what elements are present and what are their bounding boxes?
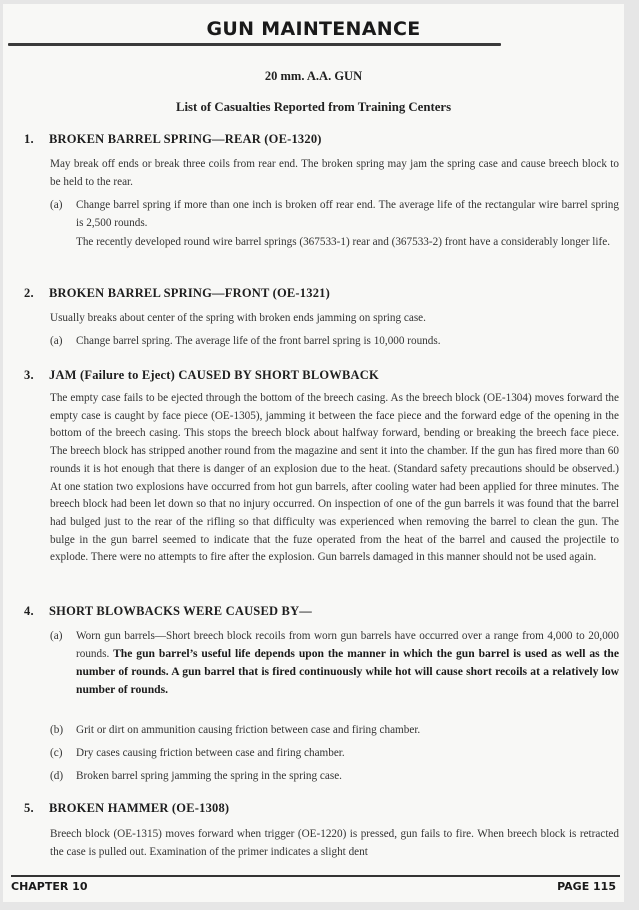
item-label: (a) <box>50 332 62 350</box>
section-1-item-a: (a) Change barrel spring if more than on… <box>50 196 619 232</box>
section-4-item-d: (d) Broken barrel spring jamming the spr… <box>50 767 619 785</box>
section-5-body: Breech block (OE-1315) moves forward whe… <box>50 825 619 861</box>
section-1-note: The recently developed round wire barrel… <box>50 233 619 251</box>
section-title: BROKEN HAMMER (OE-1308) <box>49 801 229 815</box>
chapter-label: CHAPTER 10 <box>11 880 87 893</box>
section-4-heading: 4.SHORT BLOWBACKS WERE CAUSED BY— <box>24 604 312 619</box>
item-label: (b) <box>50 721 63 739</box>
item-label: (a) <box>50 196 62 214</box>
item-text: Change barrel spring. The average life o… <box>76 332 619 350</box>
item-label: (a) <box>50 628 62 645</box>
section-number: 2. <box>24 286 49 301</box>
section-number: 3. <box>24 368 49 383</box>
header-rule <box>8 43 501 46</box>
section-number: 1. <box>24 132 49 147</box>
section-title: JAM (Failure to Eject) CAUSED BY SHORT B… <box>49 368 379 382</box>
item-label: (c) <box>50 744 62 762</box>
section-1-intro: May break off ends or break three coils … <box>50 155 619 191</box>
item-text: Grit or dirt on ammunition causing frict… <box>76 721 619 739</box>
section-title: SHORT BLOWBACKS WERE CAUSED BY— <box>49 604 312 618</box>
section-2-intro: Usually breaks about center of the sprin… <box>50 309 619 327</box>
section-2-heading: 2.BROKEN BARREL SPRING—FRONT (OE-1321) <box>24 286 330 301</box>
section-3-heading: 3.JAM (Failure to Eject) CAUSED BY SHORT… <box>24 368 379 383</box>
section-4-item-c: (c) Dry cases causing friction between c… <box>50 744 619 762</box>
item-text: Broken barrel spring jamming the spring … <box>76 767 619 785</box>
section-number: 5. <box>24 801 49 816</box>
page-number: PAGE 115 <box>557 880 616 893</box>
section-title: BROKEN BARREL SPRING—FRONT (OE-1321) <box>49 286 330 300</box>
gun-subtitle: 20 mm. A.A. GUN <box>3 69 624 84</box>
section-4-item-a: (a) Worn gun barrels—Short breech block … <box>50 628 619 699</box>
footer-rule <box>11 875 620 877</box>
section-4-item-b: (b) Grit or dirt on ammunition causing f… <box>50 721 619 739</box>
item-bold-text: The gun barrel’s useful life depends upo… <box>76 647 619 696</box>
item-text: Dry cases causing friction between case … <box>76 744 619 762</box>
item-label: (d) <box>50 767 63 785</box>
list-title: List of Casualties Reported from Trainin… <box>3 100 624 115</box>
section-number: 4. <box>24 604 49 619</box>
item-text: The recently developed round wire barrel… <box>76 233 619 251</box>
section-title: BROKEN BARREL SPRING—REAR (OE-1320) <box>49 132 322 146</box>
section-1-heading: 1.BROKEN BARREL SPRING—REAR (OE-1320) <box>24 132 322 147</box>
page-title: GUN MAINTENANCE <box>3 18 624 40</box>
item-text: Worn gun barrels—Short breech block reco… <box>76 628 619 699</box>
document-page: GUN MAINTENANCE 20 mm. A.A. GUN List of … <box>3 4 624 902</box>
item-text: Change barrel spring if more than one in… <box>76 196 619 232</box>
section-3-body: The empty case fails to be ejected throu… <box>50 390 619 567</box>
section-2-item-a: (a) Change barrel spring. The average li… <box>50 332 619 350</box>
section-5-heading: 5.BROKEN HAMMER (OE-1308) <box>24 801 229 816</box>
